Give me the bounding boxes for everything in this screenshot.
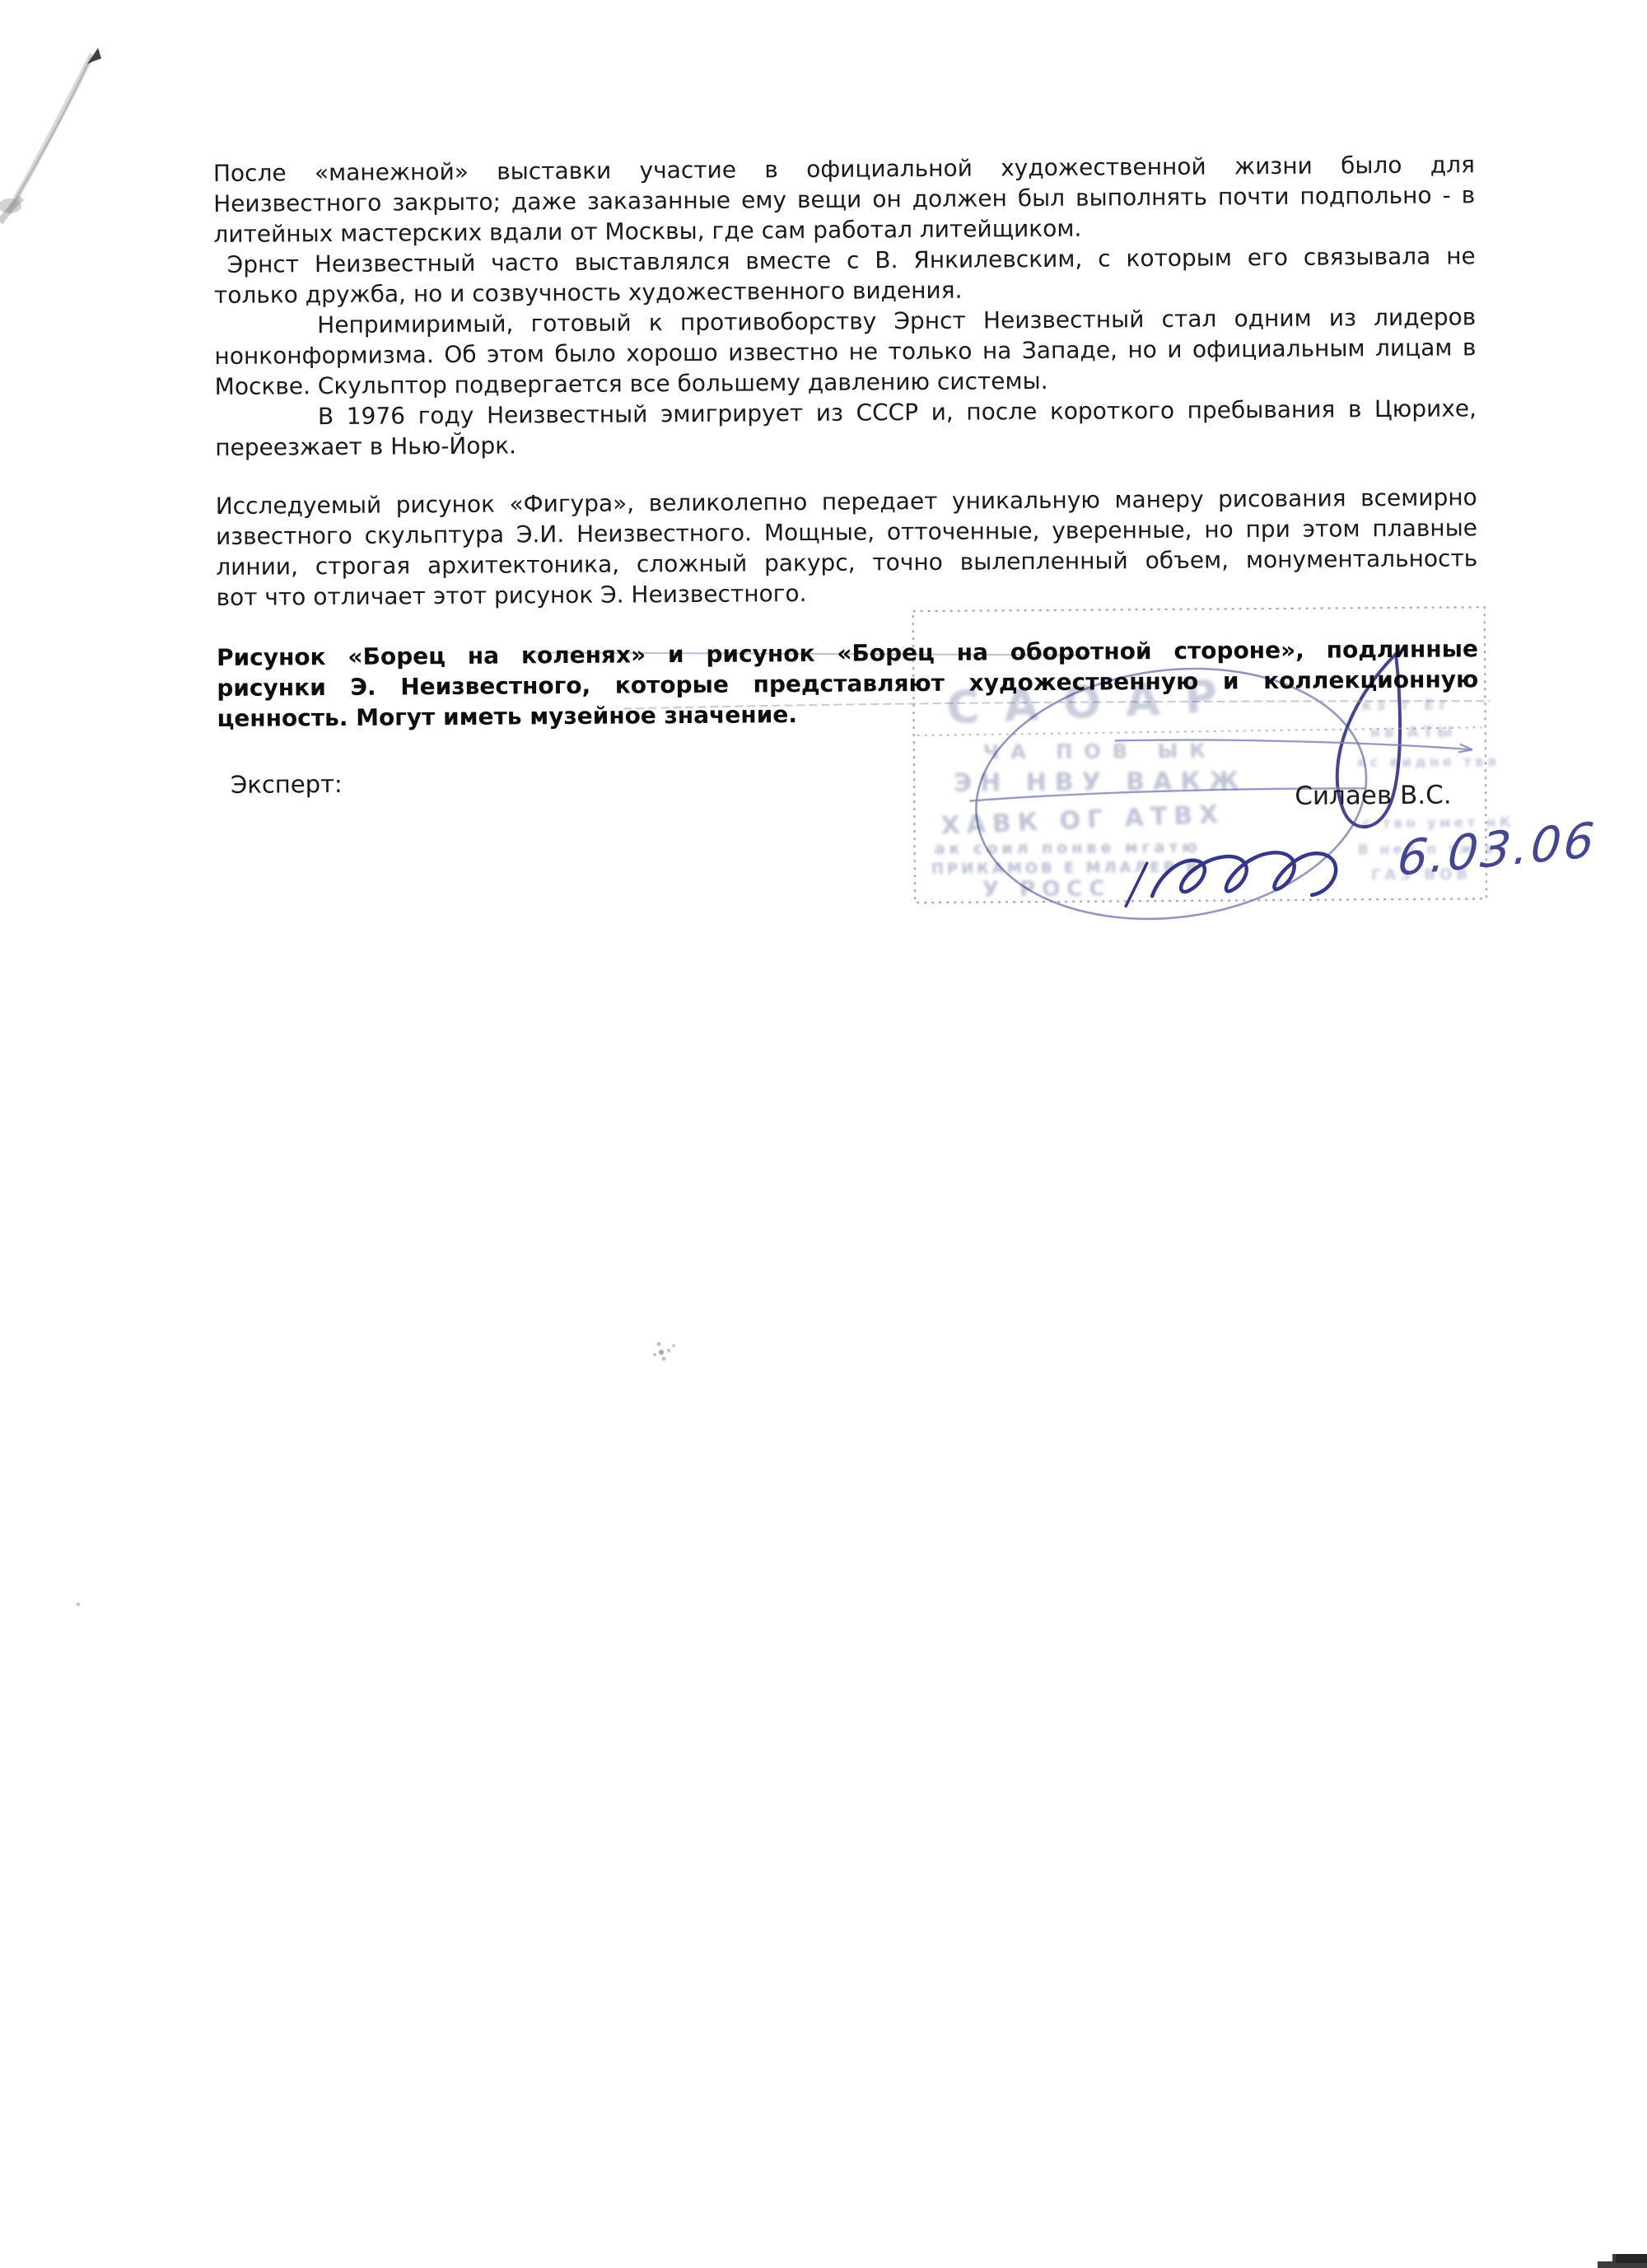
stamp-illegible-row: ак соил понве мгатю (935, 838, 1201, 858)
paragraph: Рисунок «Борец на коленях» и рисунок «Бо… (217, 633, 1479, 734)
stamp-illegible-row: кс видне тва (1357, 754, 1500, 771)
paragraph: Непримиримый, готовый к противоборству Э… (214, 301, 1477, 402)
paragraph: Эрнст Неизвестный часто выставлялся вмес… (214, 240, 1476, 310)
document-text: После «манежной» выставки участие в офиц… (213, 149, 1479, 734)
stamp-illegible-row: ЧА ПОВ ЫК (983, 740, 1217, 764)
expert-label: Эксперт: (231, 770, 343, 799)
stamp-illegible-row: нв АТЫ (1370, 723, 1457, 741)
stamp-illegible-row: У РОСС (982, 876, 1112, 902)
stamp-illegible-text: САОАРЧА ПОВ ЫКЭН НВУ ВАКЖХАВК ОГ АТВХак … (0, 0, 1643, 2)
stamp-illegible-row: ПРИКАМОВ Е МЛАЛЕР В (931, 859, 1201, 878)
scanned-content: САОАРЧА ПОВ ЫКЭН НВУ ВАКЖХАВК ОГ АТВХак … (0, 0, 1647, 2268)
paragraph: Исследуемый рисунок «Фигура», великолепн… (216, 482, 1478, 613)
stamp-illegible-row: ХАВК ОГ АТВХ (940, 800, 1225, 840)
paragraph: После «манежной» выставки участие в офиц… (213, 149, 1476, 250)
expert-name: Силаев В.С. (1295, 781, 1452, 811)
document-page: САОАРЧА ПОВ ЫКЭН НВУ ВАКЖХАВК ОГ АТВХак … (0, 0, 1647, 2268)
pen-arrowhead (1458, 744, 1472, 752)
stamp-illegible-row: ЭН НВУ ВАКЖ (954, 767, 1248, 797)
paragraph: В 1976 году Неизвестный эмигрирует из СС… (215, 393, 1477, 463)
